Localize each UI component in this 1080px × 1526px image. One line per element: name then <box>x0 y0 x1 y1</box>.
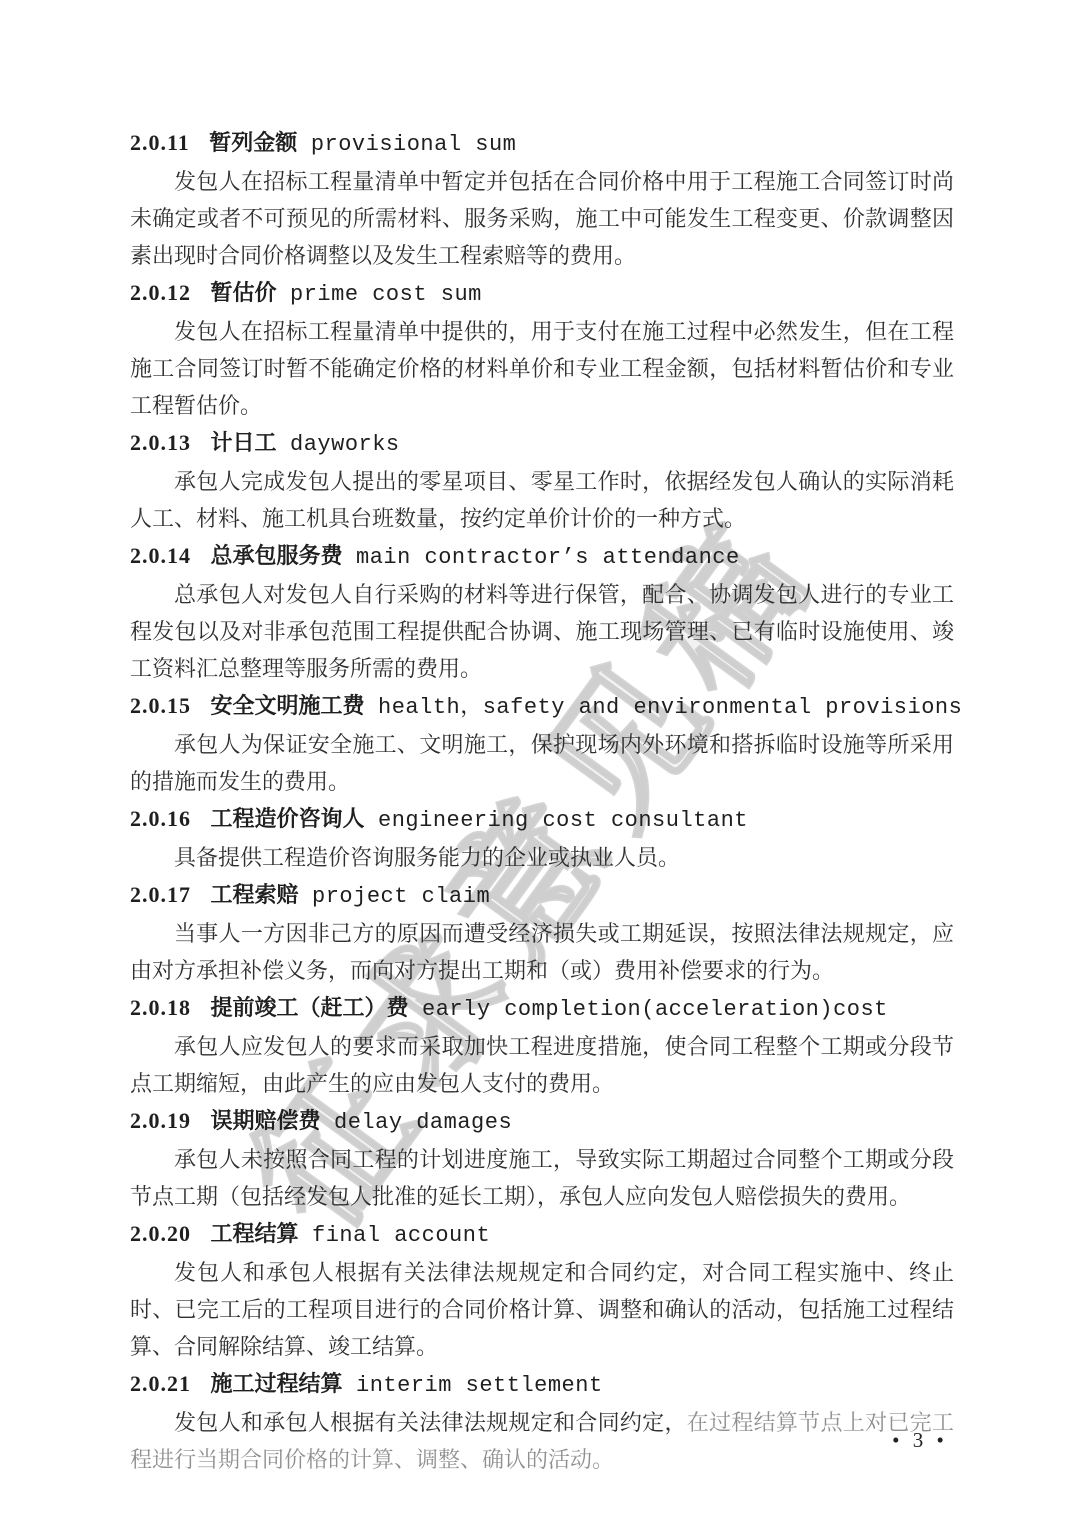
term-heading: 2.0.14 总承包服务费 main contractor’s attendan… <box>130 537 954 576</box>
definition-segment: 承包人应发包人的要求而采取加快工程进度措施，使合同工程整个工期或分段节点工期缩短… <box>130 1034 954 1096</box>
term-chinese-label: 暂估价 <box>211 280 277 305</box>
term-section: 2.0.15 安全文明施工费 health，safety and environ… <box>130 687 954 800</box>
clause-number: 2.0.19 <box>130 1108 191 1133</box>
term-english-label: interim settlement <box>356 1373 603 1398</box>
term-section: 2.0.11 暂列金额 provisional sum 发包人在招标工程量清单中… <box>130 124 954 274</box>
term-section: 2.0.21 施工过程结算 interim settlement 发包人和承包人… <box>130 1365 954 1478</box>
definition-segment: 发包人和承包人根据有关法律法规规定和合同约定， <box>174 1410 687 1435</box>
term-definition: 承包人未按照合同工程的计划进度施工，导致实际工期超过合同整个工期或分段节点工期（… <box>130 1141 954 1215</box>
term-section: 2.0.20 工程结算 final account 发包人和承包人根据有关法律法… <box>130 1215 954 1365</box>
term-heading: 2.0.21 施工过程结算 interim settlement <box>130 1365 954 1404</box>
term-section: 2.0.14 总承包服务费 main contractor’s attendan… <box>130 537 954 687</box>
term-english-label: final account <box>312 1223 490 1248</box>
term-definition: 发包人在招标工程量清单中提供的，用于支付在施工过程中必然发生，但在工程施工合同签… <box>130 313 954 424</box>
term-english-label: engineering cost consultant <box>378 808 748 833</box>
clause-number: 2.0.12 <box>130 280 191 305</box>
document-page: 征求意见稿 2.0.11 暂列金额 provisional sum 发包人在招标… <box>0 0 1080 1526</box>
term-english-label: main contractor’s attendance <box>356 545 740 570</box>
term-chinese-label: 工程结算 <box>211 1221 299 1246</box>
clause-number: 2.0.13 <box>130 430 191 455</box>
definition-segment: 发包人在招标工程量清单中提供的，用于支付在施工过程中必然发生，但在工程施工合同签… <box>130 319 954 418</box>
term-chinese-label: 工程索赔 <box>211 882 299 907</box>
term-chinese-label: 工程造价咨询人 <box>211 806 365 831</box>
term-section: 2.0.16 工程造价咨询人 engineering cost consulta… <box>130 800 954 876</box>
term-heading: 2.0.19 误期赔偿费 delay damages <box>130 1102 954 1141</box>
term-definition: 发包人在招标工程量清单中暂定并包括在合同价格中用于工程施工合同签订时尚未确定或者… <box>130 163 954 274</box>
term-heading: 2.0.15 安全文明施工费 health，safety and environ… <box>130 687 954 726</box>
clause-number: 2.0.15 <box>130 693 191 718</box>
term-chinese-label: 提前竣工（赶工）费 <box>211 995 409 1020</box>
term-chinese-label: 计日工 <box>211 430 277 455</box>
term-definition: 承包人完成发包人提出的零星项目、零星工作时，依据经发包人确认的实际消耗人工、材料… <box>130 463 954 537</box>
definition-segment: 发包人在招标工程量清单中暂定并包括在合同价格中用于工程施工合同签订时尚未确定或者… <box>130 169 954 268</box>
term-chinese-label: 安全文明施工费 <box>211 693 365 718</box>
definition-segment: 发包人和承包人根据有关法律法规规定和合同约定，对合同工程实施中、终止时、已完工后… <box>130 1260 954 1359</box>
term-definition: 具备提供工程造价咨询服务能力的企业或执业人员。 <box>130 839 954 876</box>
term-definition: 承包人应发包人的要求而采取加快工程进度措施，使合同工程整个工期或分段节点工期缩短… <box>130 1028 954 1102</box>
term-definition: 当事人一方因非己方的原因而遭受经济损失或工期延误，按照法律法规规定，应由对方承担… <box>130 915 954 989</box>
term-definition: 发包人和承包人根据有关法律法规规定和合同约定，对合同工程实施中、终止时、已完工后… <box>130 1254 954 1365</box>
term-section: 2.0.12 暂估价 prime cost sum 发包人在招标工程量清单中提供… <box>130 274 954 424</box>
term-chinese-label: 误期赔偿费 <box>211 1108 321 1133</box>
term-english-label: dayworks <box>290 432 400 457</box>
clause-number: 2.0.21 <box>130 1371 191 1396</box>
term-heading: 2.0.17 工程索赔 project claim <box>130 876 954 915</box>
definition-segment: 当事人一方因非己方的原因而遭受经济损失或工期延误，按照法律法规规定，应由对方承担… <box>130 921 954 983</box>
term-heading: 2.0.13 计日工 dayworks <box>130 424 954 463</box>
term-heading: 2.0.18 提前竣工（赶工）费 early completion(accele… <box>130 989 954 1028</box>
term-chinese-label: 施工过程结算 <box>211 1371 343 1396</box>
definition-segment: 承包人为保证安全施工、文明施工，保护现场内外环境和搭拆临时设施等所采用的措施而发… <box>130 732 954 794</box>
clause-number: 2.0.20 <box>130 1221 191 1246</box>
term-english-label: delay damages <box>334 1110 512 1135</box>
page-number: • 3 • <box>860 1428 980 1453</box>
term-english-label: prime cost sum <box>290 282 482 307</box>
clause-number: 2.0.17 <box>130 882 191 907</box>
clause-number: 2.0.11 <box>130 130 190 155</box>
term-chinese-label: 总承包服务费 <box>211 543 343 568</box>
term-definition: 总承包人对发包人自行采购的材料等进行保管，配合、协调发包人进行的专业工程发包以及… <box>130 576 954 687</box>
term-english-label: project claim <box>312 884 490 909</box>
terms-content: 2.0.11 暂列金额 provisional sum 发包人在招标工程量清单中… <box>130 124 954 1478</box>
term-section: 2.0.19 误期赔偿费 delay damages 承包人未按照合同工程的计划… <box>130 1102 954 1215</box>
term-english-label: health，safety and environmental provisio… <box>378 695 962 720</box>
term-heading: 2.0.11 暂列金额 provisional sum <box>130 124 954 163</box>
clause-number: 2.0.18 <box>130 995 191 1020</box>
term-section: 2.0.18 提前竣工（赶工）费 early completion(accele… <box>130 989 954 1102</box>
clause-number: 2.0.14 <box>130 543 191 568</box>
term-chinese-label: 暂列金额 <box>209 130 297 155</box>
definition-segment: 承包人完成发包人提出的零星项目、零星工作时，依据经发包人确认的实际消耗人工、材料… <box>130 469 954 531</box>
clause-number: 2.0.16 <box>130 806 191 831</box>
term-english-label: early completion(acceleration)cost <box>422 997 888 1022</box>
term-definition: 承包人为保证安全施工、文明施工，保护现场内外环境和搭拆临时设施等所采用的措施而发… <box>130 726 954 800</box>
term-definition: 发包人和承包人根据有关法律法规规定和合同约定，在过程结算节点上对已完工程进行当期… <box>130 1404 954 1478</box>
definition-segment: 承包人未按照合同工程的计划进度施工，导致实际工期超过合同整个工期或分段节点工期（… <box>130 1147 954 1209</box>
term-section: 2.0.17 工程索赔 project claim 当事人一方因非己方的原因而遭… <box>130 876 954 989</box>
term-heading: 2.0.16 工程造价咨询人 engineering cost consulta… <box>130 800 954 839</box>
term-heading: 2.0.12 暂估价 prime cost sum <box>130 274 954 313</box>
definition-segment: 总承包人对发包人自行采购的材料等进行保管，配合、协调发包人进行的专业工程发包以及… <box>130 582 954 681</box>
definition-segment: 具备提供工程造价咨询服务能力的企业或执业人员。 <box>174 845 680 870</box>
term-section: 2.0.13 计日工 dayworks 承包人完成发包人提出的零星项目、零星工作… <box>130 424 954 537</box>
term-heading: 2.0.20 工程结算 final account <box>130 1215 954 1254</box>
term-english-label: provisional sum <box>311 132 517 157</box>
